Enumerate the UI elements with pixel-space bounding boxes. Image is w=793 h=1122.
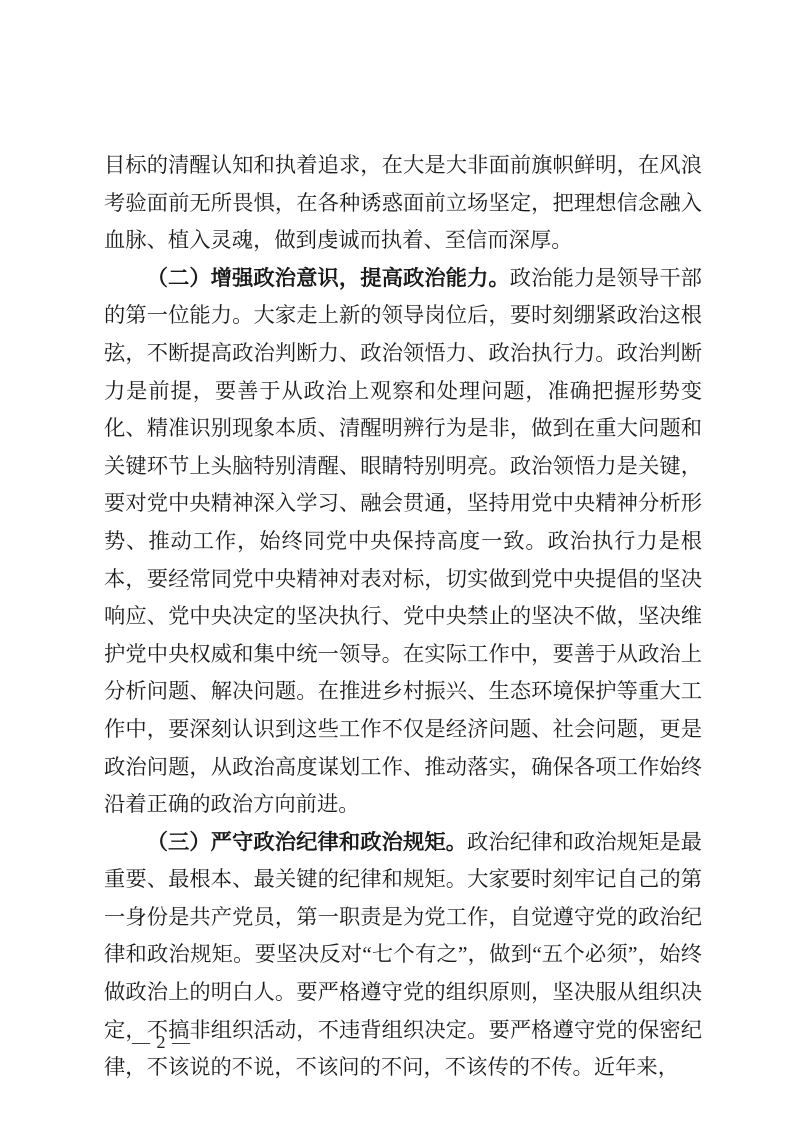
paragraph-section-3: （三）严守政治纪律和政治规矩。政治纪律和政治规矩是最重要、最根本、最关键的纪律和… [104,824,702,1087]
paragraph-heading: （二）增强政治意识，提高政治能力。 [147,266,510,290]
document-text-body: 目标的清醒认知和执着追求，在大是大非面前旗帜鲜明，在风浪考验面前无所畏惧，在各种… [104,147,702,1087]
document-page: 目标的清醒认知和执着追求，在大是大非面前旗帜鲜明，在风浪考验面前无所畏惧，在各种… [0,0,793,1122]
paragraph-text: 目标的清醒认知和执着追求，在大是大非面前旗帜鲜明，在风浪考验面前无所畏惧，在各种… [104,153,702,252]
paragraph-heading: （三）严守政治纪律和政治规矩。 [147,830,467,854]
paragraph-section-2: （二）增强政治意识，提高政治能力。政治能力是领导干部的第一位能力。大家走上新的领… [104,260,702,824]
paragraph-continuation: 目标的清醒认知和执着追求，在大是大非面前旗帜鲜明，在风浪考验面前无所畏惧，在各种… [104,147,702,260]
paragraph-text: 政治纪律和政治规矩是最重要、最根本、最关键的纪律和规矩。大家要时刻牢记自己的第一… [104,830,702,1080]
page-number-footer: — 2 — [132,1032,191,1053]
paragraph-text: 政治能力是领导干部的第一位能力。大家走上新的领导岗位后，要时刻绷紧政治这根弦，不… [104,266,702,816]
